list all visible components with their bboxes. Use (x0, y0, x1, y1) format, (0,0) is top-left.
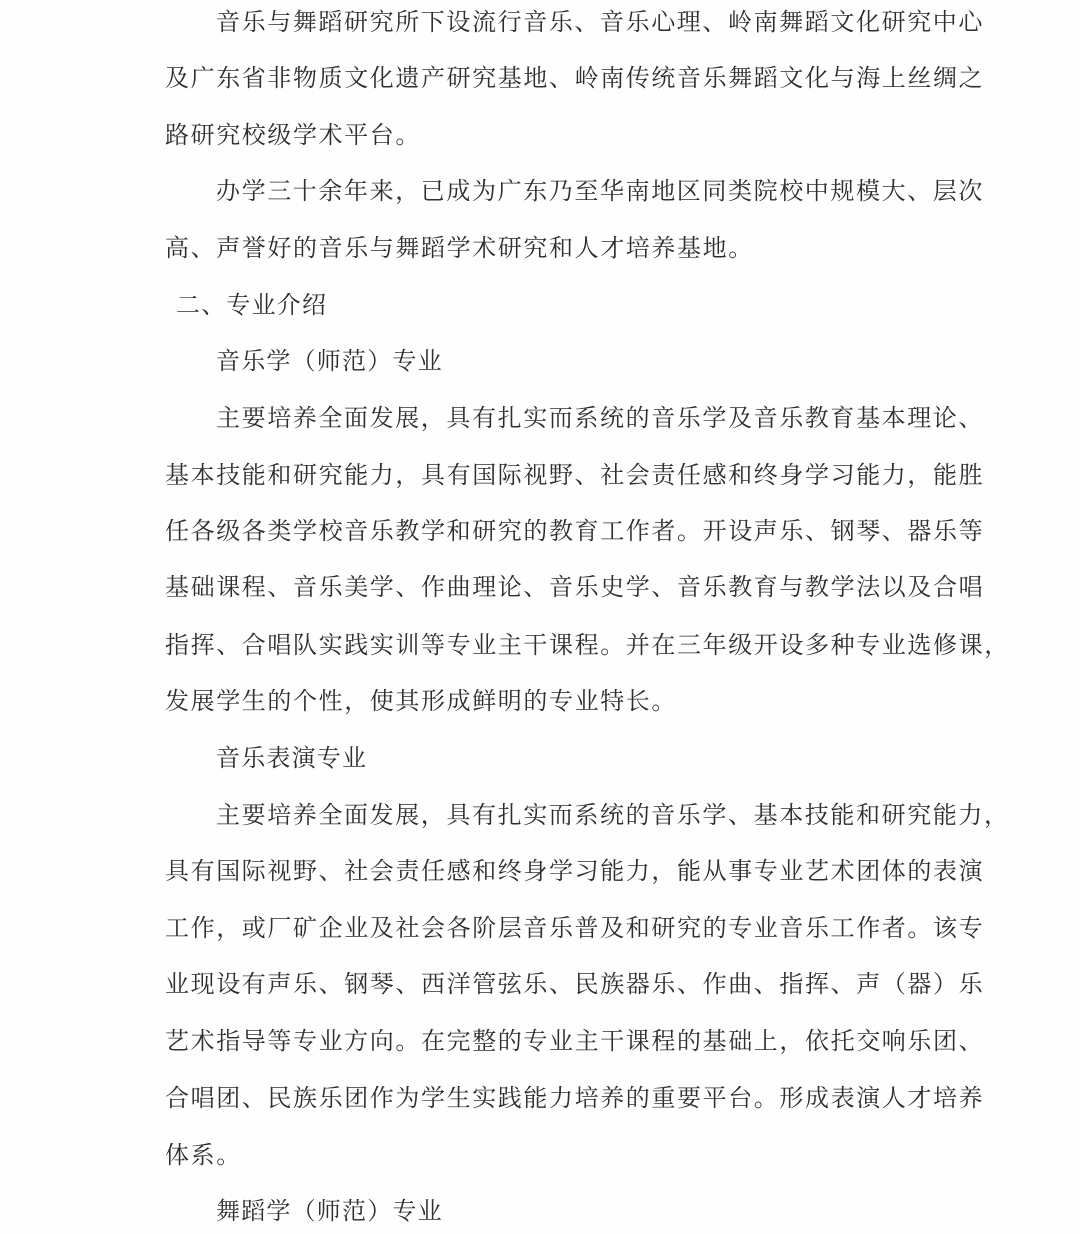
paragraph-performance-line-6: 合唱团、民族乐团作为学生实践能力培养的重要平台。形成表演人才培养 (165, 1078, 965, 1118)
paragraph-institute-line-3: 路研究校级学术平台。 (165, 115, 965, 155)
section-heading-majors: 二、专业介绍 (176, 285, 976, 325)
paragraph-institute-line-2: 及广东省非物质文化遗产研究基地、岭南传统音乐舞蹈文化与海上丝绸之 (165, 58, 965, 98)
paragraph-musicology-line-1: 主要培养全面发展，具有扎实而系统的音乐学及音乐教育基本理论、 (216, 398, 965, 438)
paragraph-institute-line-1: 音乐与舞蹈研究所下设流行音乐、音乐心理、岭南舞蹈文化研究中心 (216, 2, 965, 42)
paragraph-history-line-1: 办学三十余年来，已成为广东乃至华南地区同类院校中规模大、层次 (216, 171, 965, 211)
paragraph-performance-line-2: 具有国际视野、社会责任感和终身学习能力，能从事专业艺术团体的表演 (165, 851, 965, 891)
paragraph-musicology-line-6: 发展学生的个性，使其形成鲜明的专业特长。 (165, 681, 965, 721)
paragraph-musicology-line-4: 基础课程、音乐美学、作曲理论、音乐史学、音乐教育与教学法以及合唱 (165, 567, 965, 607)
major-heading-music-performance: 音乐表演专业 (216, 738, 1016, 778)
major-heading-musicology: 音乐学（师范）专业 (216, 341, 1016, 381)
paragraph-performance-line-4: 业现设有声乐、钢琴、西洋管弦乐、民族器乐、作曲、指挥、声（器）乐 (165, 964, 965, 1004)
paragraph-musicology-line-2: 基本技能和研究能力，具有国际视野、社会责任感和终身学习能力，能胜 (165, 455, 965, 495)
paragraph-musicology-line-3: 任各级各类学校音乐教学和研究的教育工作者。开设声乐、钢琴、器乐等 (165, 511, 965, 551)
paragraph-performance-line-3: 工作，或厂矿企业及社会各阶层音乐普及和研究的专业音乐工作者。该专 (165, 908, 965, 948)
paragraph-performance-line-1: 主要培养全面发展，具有扎实而系统的音乐学、基本技能和研究能力， (216, 795, 965, 835)
document-page: 音乐与舞蹈研究所下设流行音乐、音乐心理、岭南舞蹈文化研究中心 及广东省非物质文化… (0, 0, 1080, 1234)
paragraph-performance-line-5: 艺术指导等专业方向。在完整的专业主干课程的基础上，依托交响乐团、 (165, 1021, 965, 1061)
paragraph-history-line-2: 高、声誉好的音乐与舞蹈学术研究和人才培养基地。 (165, 228, 965, 268)
paragraph-musicology-line-5: 指挥、合唱队实践实训等专业主干课程。并在三年级开设多种专业选修课， (165, 625, 965, 665)
paragraph-performance-line-7: 体系。 (165, 1135, 965, 1175)
major-heading-dance: 舞蹈学（师范）专业 (216, 1191, 1016, 1231)
